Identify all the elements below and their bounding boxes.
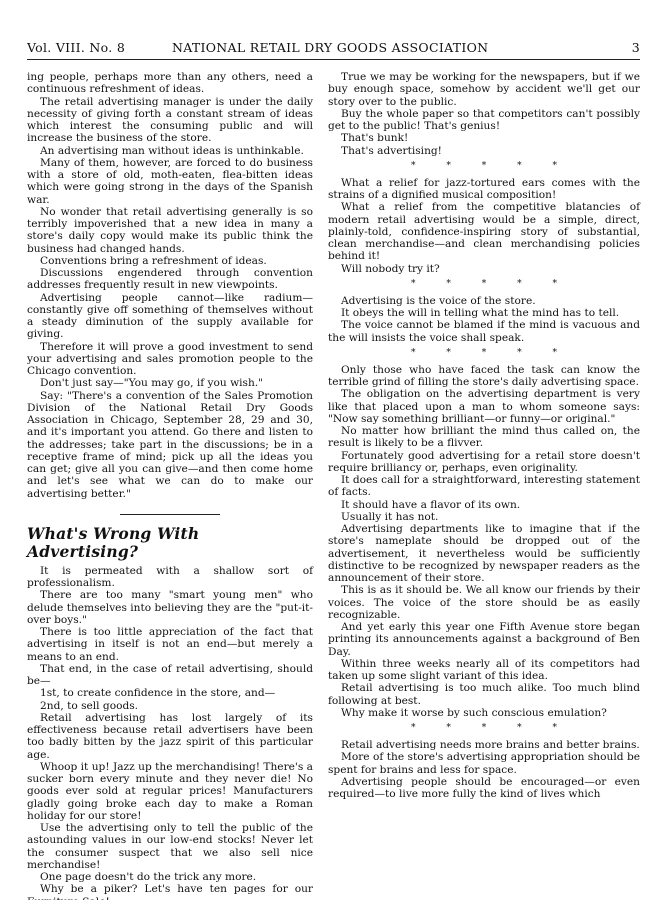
section-divider — [120, 514, 220, 515]
paragraph: Conventions bring a refreshment of ideas… — [27, 255, 313, 267]
text-block-4: Only those who have faced the task can k… — [328, 364, 640, 719]
section-body: It is permeated with a shallow sort of p… — [27, 565, 313, 900]
paragraph: That end, in the case of retail advertis… — [27, 663, 313, 688]
section-heading: What's Wrong With Advertising? — [27, 525, 313, 561]
paragraph: It does call for a straightforward, inte… — [328, 474, 640, 499]
paragraph: Only those who have faced the task can k… — [328, 364, 640, 389]
paragraph: Fortunately good advertising for a retai… — [328, 450, 640, 475]
separator-stars: * * * * * — [328, 160, 640, 172]
paragraph: The obligation on the advertising depart… — [328, 388, 640, 425]
paragraph: That's bunk! — [328, 132, 640, 144]
paragraph: Why be a piker? Let's have ten pages for… — [27, 883, 313, 900]
right-column: True we may be working for the newspaper… — [328, 71, 640, 800]
paragraph: Use the advertising only to tell the pub… — [27, 822, 313, 871]
paragraph: It obeys the will in telling what the mi… — [328, 307, 640, 319]
header-rule — [27, 59, 640, 60]
paragraph: Advertising is the voice of the store. — [328, 295, 640, 307]
publication-title: NATIONAL RETAIL DRY GOODS ASSOCIATION — [172, 40, 488, 55]
left-column: ing people, perhaps more than any others… — [27, 71, 313, 900]
paragraph: ing people, perhaps more than any others… — [27, 71, 313, 96]
text-block-5: Retail advertising needs more brains and… — [328, 739, 640, 800]
paragraph: Buy the whole paper so that competitors … — [328, 108, 640, 133]
paragraph: An advertising man without ideas is unth… — [27, 145, 313, 157]
text-block-3: Advertising is the voice of the store.It… — [328, 295, 640, 344]
paragraph: Why make it worse by such conscious emul… — [328, 707, 640, 719]
paragraph: The retail advertising manager is under … — [27, 96, 313, 145]
intro-text: ing people, perhaps more than any others… — [27, 71, 313, 500]
paragraph: Retail advertising has lost largely of i… — [27, 712, 313, 761]
paragraph: Many of them, however, are forced to do … — [27, 157, 313, 206]
paragraph: Advertising departments like to imagine … — [328, 523, 640, 584]
paragraph: Will nobody try it? — [328, 263, 640, 275]
paragraph: What a relief for jazz-tortured ears com… — [328, 177, 640, 202]
paragraph: Don't just say—"You may go, if you wish.… — [27, 377, 313, 389]
paragraph: Whoop it up! Jazz up the merchandising! … — [27, 761, 313, 822]
paragraph: No wonder that retail advertising genera… — [27, 206, 313, 255]
paragraph: There is too little appreciation of the … — [27, 626, 313, 663]
paragraph: It should have a flavor of its own. — [328, 499, 640, 511]
page-number: 3 — [632, 40, 640, 55]
paragraph: Discussions engendered through conventio… — [27, 267, 313, 292]
paragraph: It is permeated with a shallow sort of p… — [27, 565, 313, 590]
paragraph: More of the store's advertising appropri… — [328, 751, 640, 776]
text-block-2: What a relief for jazz-tortured ears com… — [328, 177, 640, 275]
paragraph: True we may be working for the newspaper… — [328, 71, 640, 108]
running-header: Vol. VIII. No. 8 NATIONAL RETAIL DRY GOO… — [27, 40, 640, 58]
separator-stars: * * * * * — [328, 278, 640, 290]
paragraph: The voice cannot be blamed if the mind i… — [328, 319, 640, 344]
paragraph: Therefore it will prove a good investmen… — [27, 341, 313, 378]
paragraph: What a relief from the competitive blata… — [328, 201, 640, 262]
separator-stars: * * * * * — [328, 722, 640, 734]
paragraph: Retail advertising is too much alike. To… — [328, 682, 640, 707]
paragraph: Usually it has not. — [328, 511, 640, 523]
paragraph: 2nd, to sell goods. — [27, 700, 313, 712]
paragraph: Within three weeks nearly all of its com… — [328, 658, 640, 683]
paragraph: One page doesn't do the trick any more. — [27, 871, 313, 883]
paragraph: There are too many "smart young men" who… — [27, 589, 313, 626]
paragraph: Retail advertising needs more brains and… — [328, 739, 640, 751]
volume-number: Vol. VIII. No. 8 — [27, 40, 125, 55]
paragraph: And yet early this year one Fifth Avenue… — [328, 621, 640, 658]
paragraph: 1st, to create confidence in the store, … — [27, 687, 313, 699]
paragraph: Say: "There's a convention of the Sales … — [27, 390, 313, 500]
paragraph: No matter how brilliant the mind thus ca… — [328, 425, 640, 450]
paragraph: Advertising people should be encouraged—… — [328, 776, 640, 801]
paragraph: Advertising people cannot—like radium—co… — [27, 292, 313, 341]
separator-stars: * * * * * — [328, 347, 640, 359]
text-block-1: True we may be working for the newspaper… — [328, 71, 640, 157]
paragraph: This is as it should be. We all know our… — [328, 584, 640, 621]
paragraph: That's advertising! — [328, 145, 640, 157]
